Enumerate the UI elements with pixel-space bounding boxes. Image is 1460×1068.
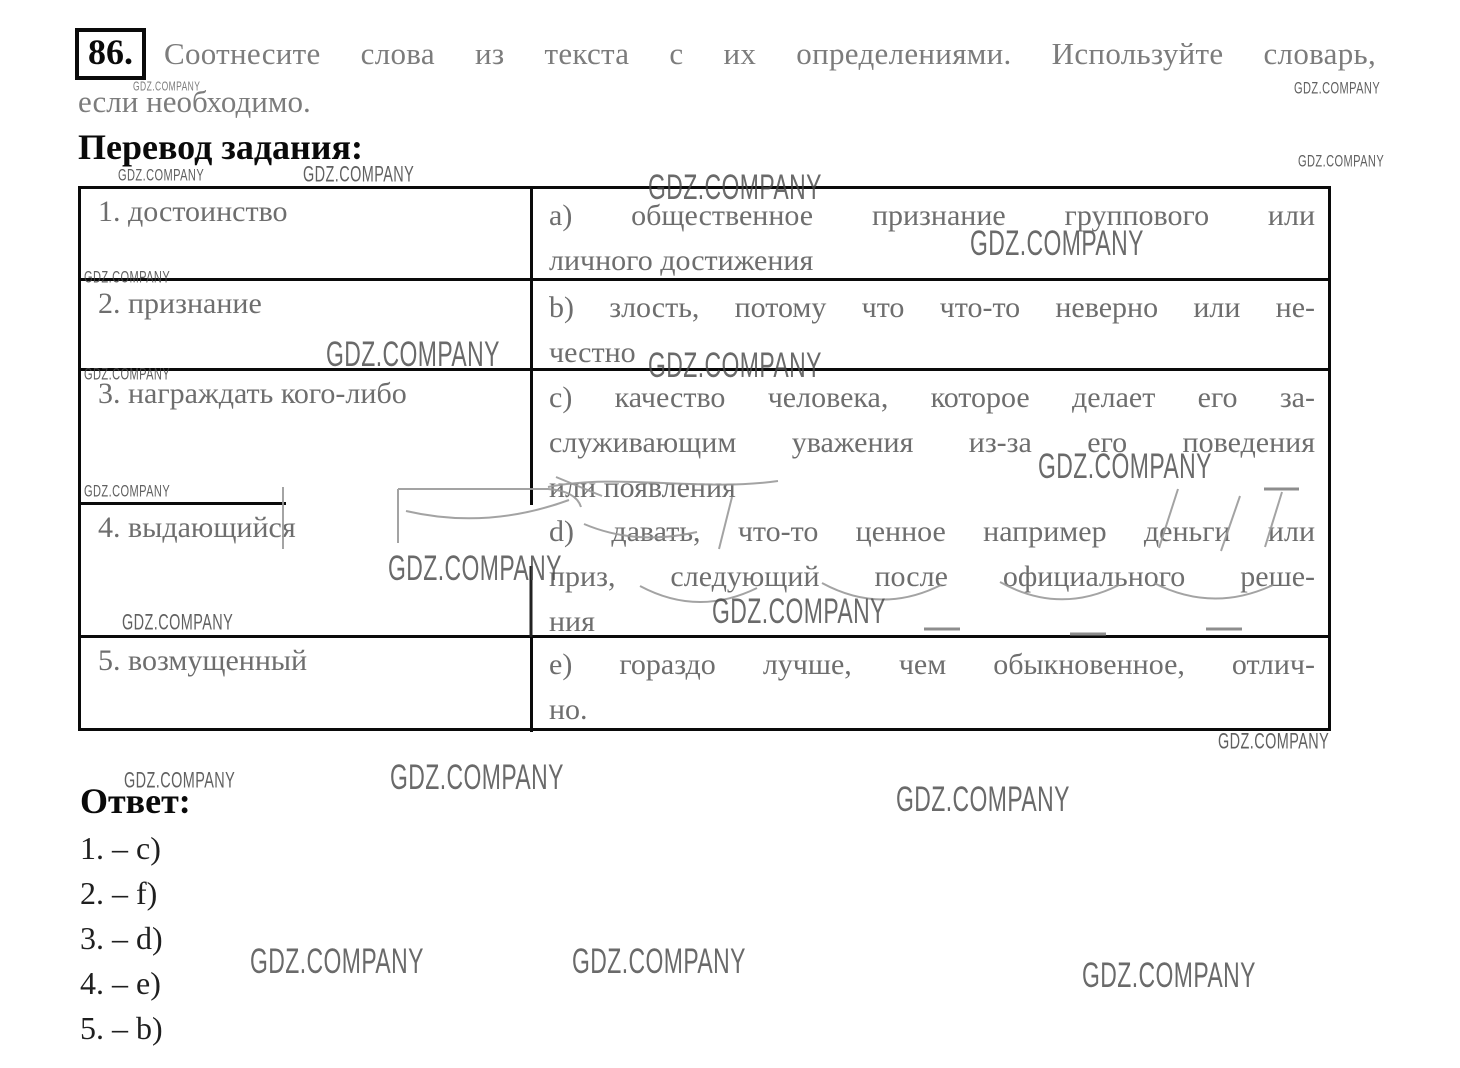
def-line: личного достижения — [549, 238, 1315, 283]
answer-item-1: 1. – c) — [80, 826, 163, 871]
def-line: d) давать, что-то ценное например деньги… — [549, 509, 1315, 554]
worksheet-page: 86. Соотнесите слова из текста с их опре… — [0, 0, 1460, 1068]
table-term-4: 4. выдающийся — [81, 505, 533, 638]
table-partial-border — [78, 502, 286, 505]
def-line: или появления — [549, 465, 1315, 510]
watermark: GDZ.COMPANY — [390, 758, 564, 798]
answer-item-4: 4. – e) — [80, 961, 163, 1006]
watermark: GDZ.COMPANY — [1082, 956, 1256, 996]
table-term-3: 3. награждать кого-либо — [81, 371, 533, 505]
table-def-b: b) злость, потому что что-то неверно или… — [533, 281, 1328, 371]
exercise-number-box: 86. — [75, 28, 146, 80]
watermark: GDZ.COMPANY — [1298, 151, 1384, 171]
answer-list: 1. – c) 2. – f) 3. – d) 4. – e) 5. – b) — [80, 826, 163, 1051]
def-line: приз, следующий после официального реше- — [549, 554, 1315, 599]
instruction-line-2: если необходимо. — [78, 84, 311, 120]
def-line: честно — [549, 330, 1315, 375]
table-term-5: 5. возмущенный — [81, 638, 533, 732]
translation-heading: Перевод задания: — [78, 126, 363, 168]
def-line: но. — [549, 687, 1315, 732]
table-term-1: 1. достоинство — [81, 189, 533, 281]
watermark: GDZ.COMPANY — [896, 780, 1070, 820]
table-def-c: c) качество человека, которое делает его… — [533, 371, 1328, 505]
def-line: a) общественное признание группового или — [549, 193, 1315, 238]
answer-item-3: 3. – d) — [80, 916, 163, 961]
def-line: b) злость, потому что что-то неверно или… — [549, 285, 1315, 330]
table-def-d: d) давать, что-то ценное например деньги… — [533, 505, 1328, 638]
exercise-number: 86. — [88, 32, 133, 72]
def-line: c) качество человека, которое делает его… — [549, 375, 1315, 420]
match-table: 1. достоинство a) общественное признание… — [78, 186, 1331, 731]
instruction-line-1: Соотнесите слова из текста с их определе… — [164, 36, 1376, 72]
watermark: GDZ.COMPANY — [1218, 729, 1329, 755]
table-def-e: e) гораздо лучше, чем обыкновенное, отли… — [533, 638, 1328, 732]
watermark: GDZ.COMPANY — [250, 942, 424, 982]
table-def-a: a) общественное признание группового или… — [533, 189, 1328, 281]
def-line: e) гораздо лучше, чем обыкновенное, отли… — [549, 642, 1315, 687]
answer-item-5: 5. – b) — [80, 1006, 163, 1051]
watermark: GDZ.COMPANY — [1294, 78, 1380, 98]
answer-heading: Ответ: — [80, 780, 191, 822]
watermark: GDZ.COMPANY — [572, 942, 746, 982]
table-term-2: 2. признание — [81, 281, 533, 371]
def-line: служивающим уважения из-за его поведения — [549, 420, 1315, 465]
answer-item-2: 2. – f) — [80, 871, 163, 916]
